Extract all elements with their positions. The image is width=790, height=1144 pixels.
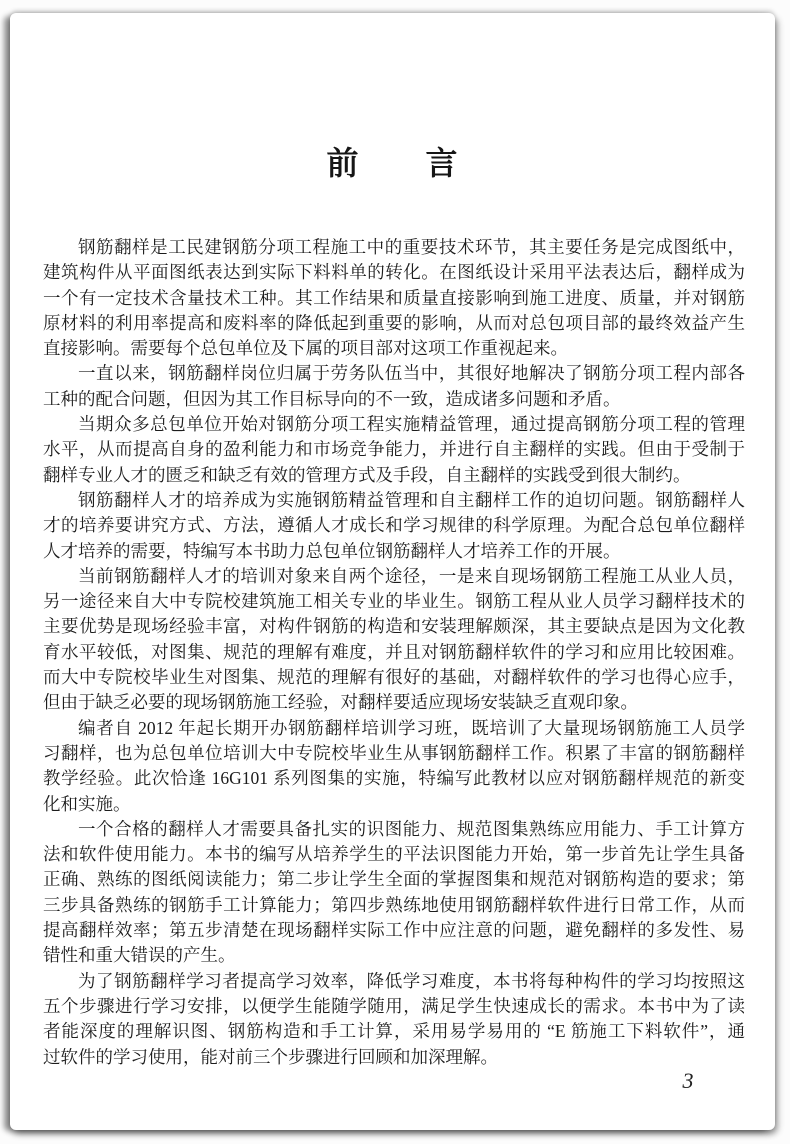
paragraph-line: 教学经验。此次恰逢 16G101 系列图集的实施，特编写此教材以应对钢筋翻样规范… [43, 766, 745, 791]
paragraph-line: 直接影响。需要每个总包单位及下属的项目部对这项工作重视起来。 [43, 336, 745, 361]
paragraph-line: 人才培养的需要，特编写本书助力总包单位钢筋翻样人才培养工作的开展。 [43, 539, 745, 564]
paragraph: 为了钢筋翻样学习者提高学习效率，降低学习难度，本书将每种构件的学习均按照这五个步… [43, 969, 745, 1070]
page-number: 3 [665, 1068, 711, 1094]
body-text: 钢筋翻样是工民建钢筋分项工程施工中的重要技术环节，其主要任务是完成图纸中，建筑构… [43, 235, 745, 1070]
paragraph: 钢筋翻样是工民建钢筋分项工程施工中的重要技术环节，其主要任务是完成图纸中，建筑构… [43, 235, 745, 361]
paragraph-line: 三步具备熟练的钢筋手工计算能力；第四步熟练地使用钢筋翻样软件进行日常工作，从而 [43, 893, 745, 918]
scan-background: 前 言 钢筋翻样是工民建钢筋分项工程施工中的重要技术环节，其主要任务是完成图纸中… [0, 0, 790, 1144]
paragraph-line: 钢筋翻样是工民建钢筋分项工程施工中的重要技术环节，其主要任务是完成图纸中， [43, 235, 745, 260]
paragraph-line: 为了钢筋翻样学习者提高学习效率，降低学习难度，本书将每种构件的学习均按照这 [43, 969, 745, 994]
paragraph-line: 才的培养要讲究方式、方法，遵循人才成长和学习规律的科学原理。为配合总包单位翻样 [43, 513, 745, 538]
paragraph-line: 过软件的学习使用，能对前三个步骤进行回顾和加深理解。 [43, 1045, 745, 1070]
paragraph-line: 正确、熟练的图纸阅读能力；第二步让学生全面的掌握图集和规范对钢筋构造的要求；第 [43, 867, 745, 892]
paragraph-line: 当前钢筋翻样人才的培训对象来自两个途径，一是来自现场钢筋工程施工从业人员， [43, 564, 745, 589]
paragraph: 一直以来，钢筋翻样岗位归属于劳务队伍当中，其很好地解决了钢筋分项工程内部各工种的… [43, 361, 745, 412]
paragraph-line: 建筑构件从平面图纸表达到实际下料料单的转化。在图纸设计采用平法表达后，翻样成为 [43, 260, 745, 285]
paragraph-line: 错性和重大错误的产生。 [43, 943, 745, 968]
paragraph-line: 化和实施。 [43, 792, 745, 817]
paragraph-line: 另一途径来自大中专院校建筑施工相关专业的毕业生。钢筋工程从业人员学习翻样技术的 [43, 589, 745, 614]
paragraph: 编者自 2012 年起长期开办钢筋翻样培训学习班，既培训了大量现场钢筋施工人员学… [43, 716, 745, 817]
paragraph: 当前钢筋翻样人才的培训对象来自两个途径，一是来自现场钢筋工程施工从业人员，另一途… [43, 564, 745, 716]
paragraph-line: 法和软件使用能力。本书的编写从培养学生的平法识图能力开始，第一步首先让学生具备 [43, 842, 745, 867]
paragraph-line: 者能深度的理解识图、钢筋构造和手工计算，采用易学易用的 “E 筋施工下料软件”，… [43, 1019, 745, 1044]
paragraph-line: 五个步骤进行学习安排，以便学生能随学随用，满足学生快速成长的需求。本书中为了读 [43, 994, 745, 1019]
paragraph-line: 水平，从而提高自身的盈利能力和市场竞争能力，并进行自主翻样的实践。但由于受制于 [43, 437, 745, 462]
paragraph-line: 但由于缺乏必要的现场钢筋施工经验，对翻样要适应现场安装缺乏直观印象。 [43, 690, 745, 715]
paragraph: 钢筋翻样人才的培养成为实施钢筋精益管理和自主翻样工作的迫切问题。钢筋翻样人才的培… [43, 488, 745, 564]
page-title: 前 言 [10, 13, 775, 179]
paragraph-line: 习翻样，也为总包单位培训大中专院校毕业生从事钢筋翻样工作。积累了丰富的钢筋翻样 [43, 741, 745, 766]
paragraph: 当期众多总包单位开始对钢筋分项工程实施精益管理，通过提高钢筋分项工程的管理水平，… [43, 412, 745, 488]
paragraph: 一个合格的翻样人才需要具备扎实的识图能力、规范图集熟练应用能力、手工计算方法和软… [43, 817, 745, 969]
paragraph-line: 育水平较低，对图集、规范的理解有难度，并且对钢筋翻样软件的学习和应用比较困难。 [43, 640, 745, 665]
paragraph-line: 提高翻样效率；第五步清楚在现场翻样实际工作中应注意的问题，避免翻样的多发性、易 [43, 918, 745, 943]
paragraph-line: 当期众多总包单位开始对钢筋分项工程实施精益管理，通过提高钢筋分项工程的管理 [43, 412, 745, 437]
paragraph-line: 一个合格的翻样人才需要具备扎实的识图能力、规范图集熟练应用能力、手工计算方 [43, 817, 745, 842]
paragraph-line: 翻样专业人才的匮乏和缺乏有效的管理方式及手段，自主翻样的实践受到很大制约。 [43, 463, 745, 488]
paragraph-line: 一直以来，钢筋翻样岗位归属于劳务队伍当中，其很好地解决了钢筋分项工程内部各 [43, 361, 745, 386]
book-page: 前 言 钢筋翻样是工民建钢筋分项工程施工中的重要技术环节，其主要任务是完成图纸中… [10, 13, 775, 1130]
paragraph-line: 工种的配合问题，但因为其工作目标导向的不一致，造成诸多问题和矛盾。 [43, 387, 745, 412]
paragraph-line: 编者自 2012 年起长期开办钢筋翻样培训学习班，既培训了大量现场钢筋施工人员学 [43, 716, 745, 741]
paragraph-line: 主要优势是现场经验丰富，对构件钢筋的构造和安装理解颇深，其主要缺点是因为文化教 [43, 614, 745, 639]
paragraph-line: 一个有一定技术含量技术工种。其工作结果和质量直接影响到施工进度、质量，并对钢筋 [43, 286, 745, 311]
paragraph-line: 原材料的利用率提高和废料率的降低起到重要的影响，从而对总包项目部的最终效益产生 [43, 311, 745, 336]
paragraph-line: 而大中专院校毕业生对图集、规范的理解有很好的基础，对翻样软件的学习也得心应手， [43, 665, 745, 690]
paragraph-line: 钢筋翻样人才的培养成为实施钢筋精益管理和自主翻样工作的迫切问题。钢筋翻样人 [43, 488, 745, 513]
